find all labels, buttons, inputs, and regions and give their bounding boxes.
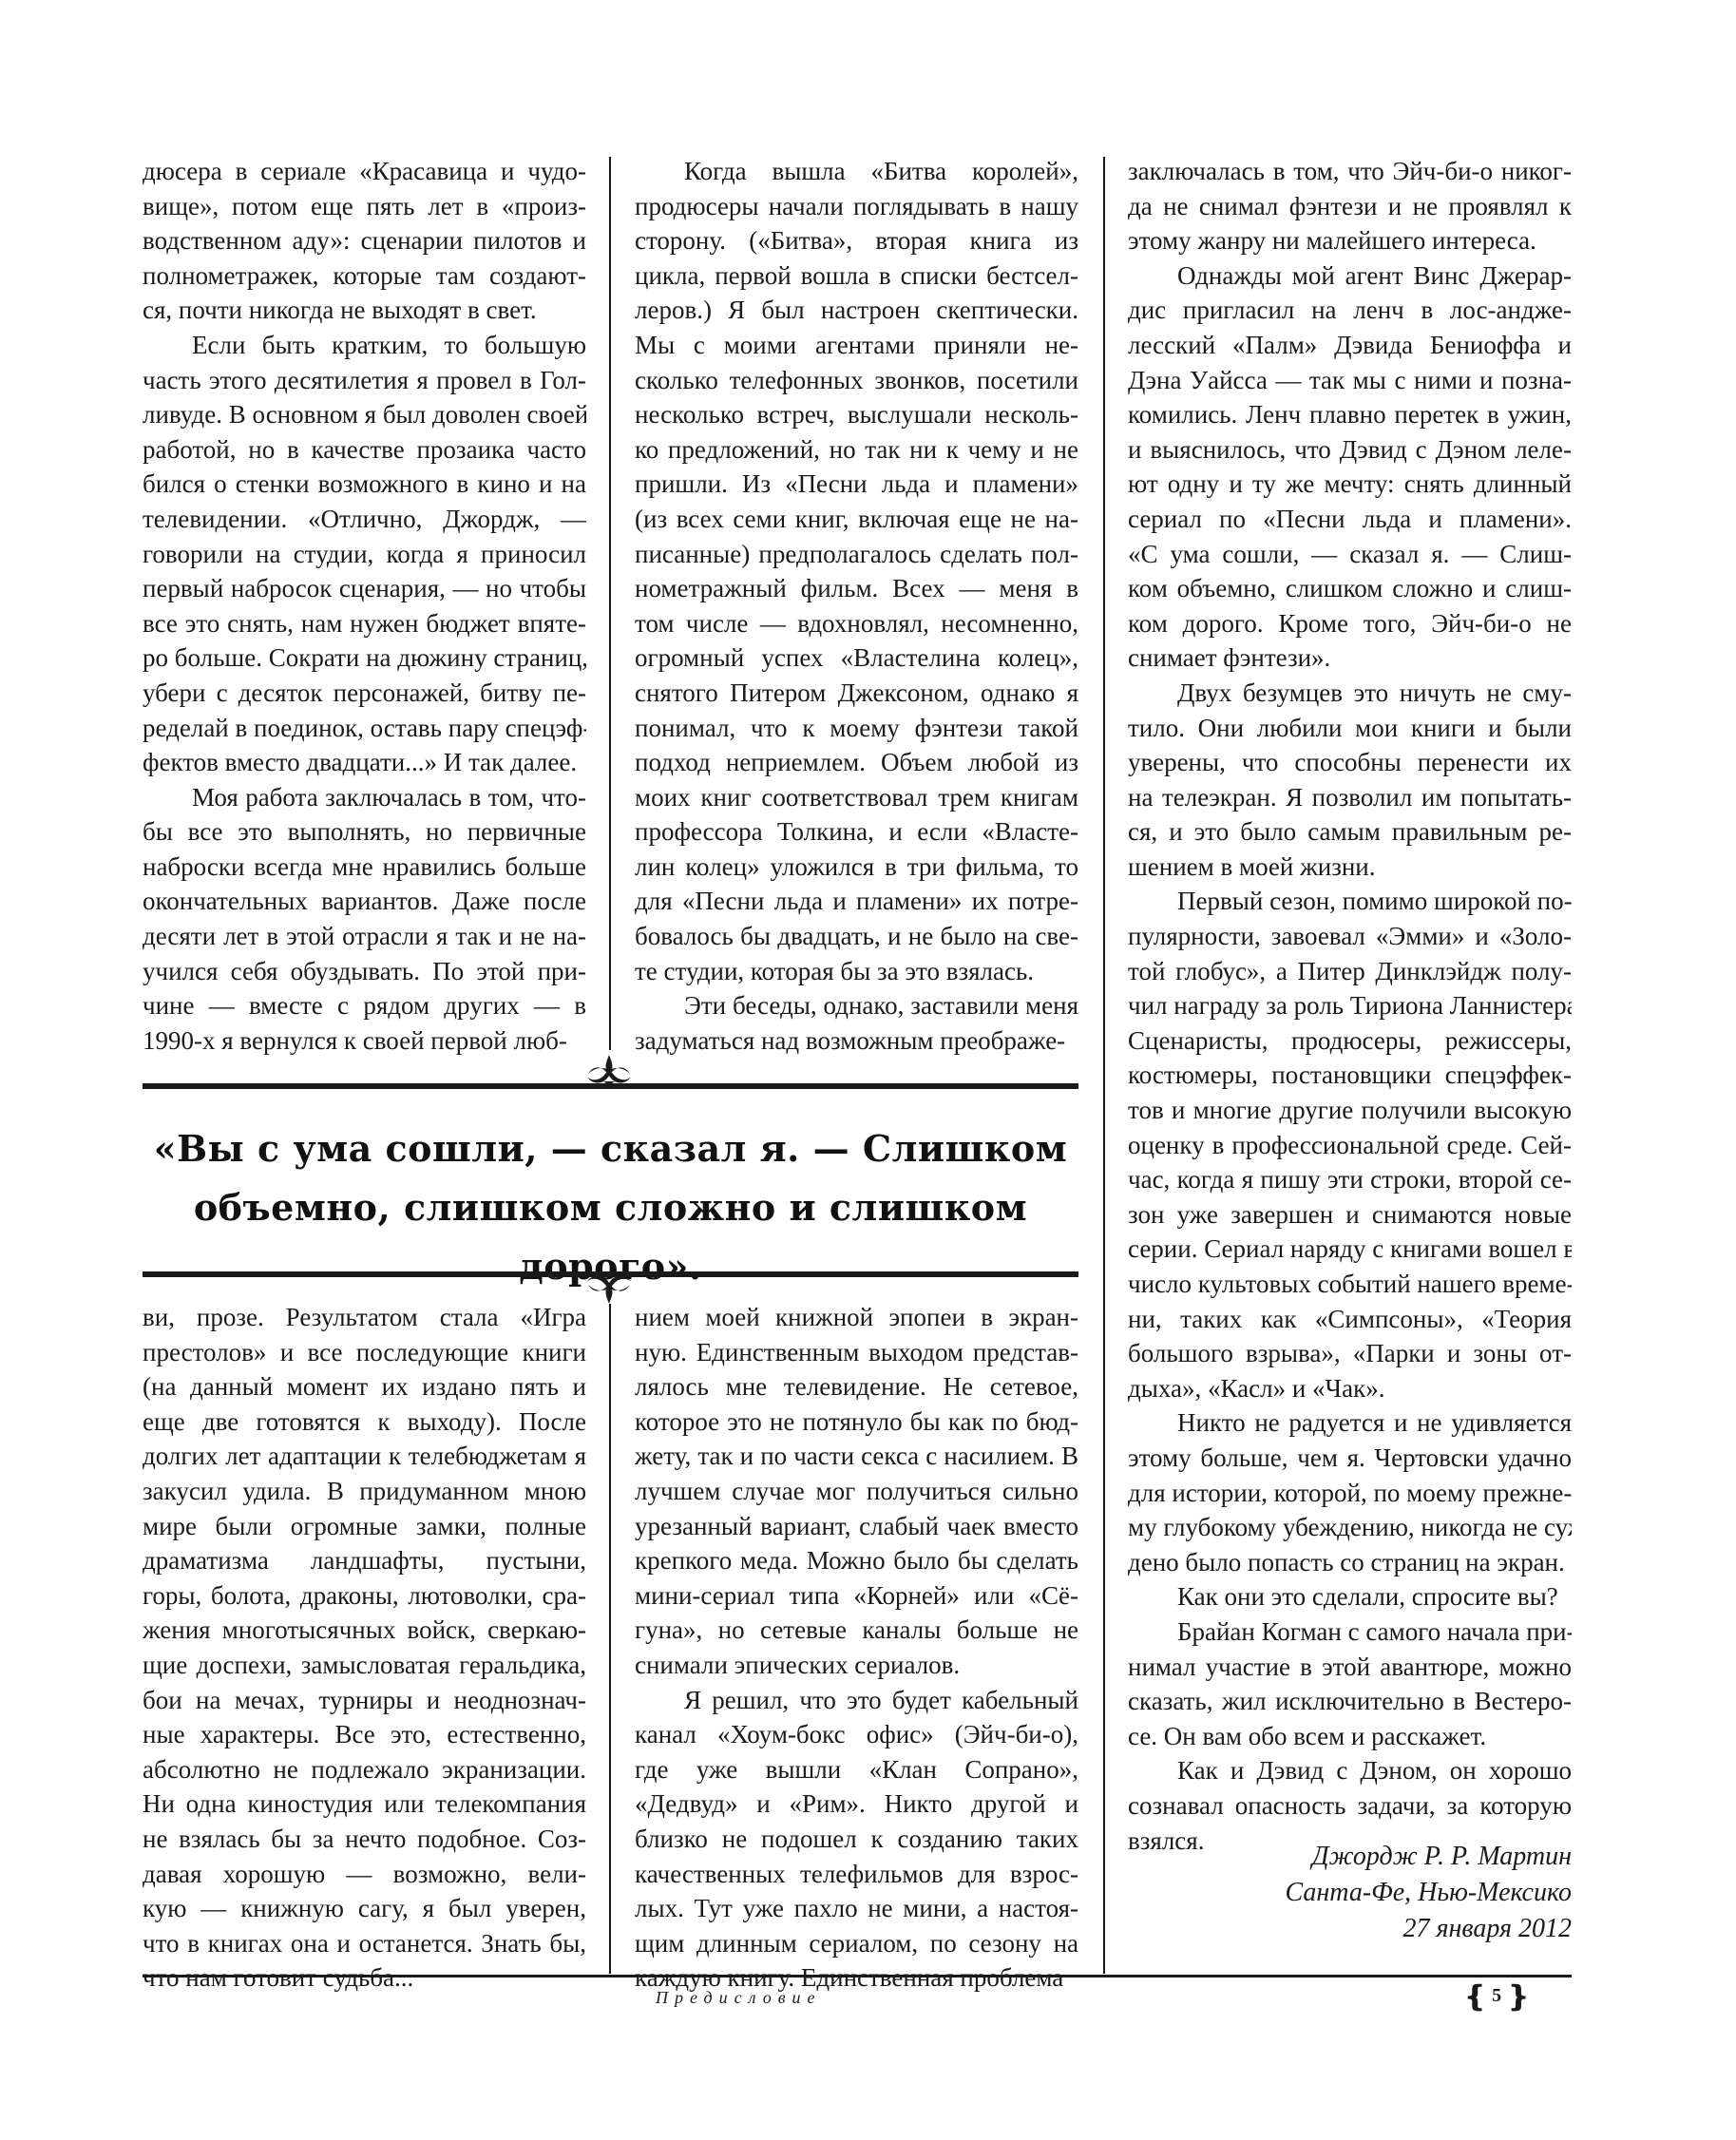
text-line: убери с десяток персонажей, битву пе- <box>143 676 586 711</box>
text-line: пулярности, завоевал «Эмми» и «Золо- <box>1128 919 1572 954</box>
text-line: лых. Тут уже пахло не мини, а настоя- <box>635 1891 1078 1926</box>
paragraph: ви, прозе. Результатом стала «Играпресто… <box>143 1300 586 1996</box>
text-line: мире были огромные замки, полные <box>143 1509 586 1544</box>
text-line: бовалось бы двадцать, и не было на све- <box>635 919 1078 954</box>
text-line: «Дедвуд» и «Рим». Никто другой и <box>635 1787 1078 1822</box>
paragraph: Я решил, что это будет кабельныйканал «Х… <box>635 1683 1078 1996</box>
text-line: ви, прозе. Результатом стала «Игра <box>143 1300 586 1335</box>
text-line: снимает фэнтези». <box>1128 640 1572 676</box>
text-line: престолов» и все последующие книги <box>143 1335 586 1370</box>
text-line: которое это не потянуло бы как по бюд- <box>635 1404 1078 1440</box>
text-line: тов и многие другие получили высокую <box>1128 1093 1572 1128</box>
page-number: ❴ 5 ❵ <box>1463 1980 1530 2014</box>
text-line: понимал, что к моему фэнтези такой <box>635 711 1078 746</box>
paragraph: Брайан Когман с самого начала при-нимал … <box>1128 1615 1572 1753</box>
text-line: урезанный вариант, слабый чаек вместо <box>635 1509 1078 1544</box>
text-line: чил награду за роль Тириона Ланнистера. <box>1128 988 1572 1023</box>
text-line: моих книг соответствовал трем книгам <box>635 780 1078 815</box>
text-line: сторону. («Битва», вторая книга из <box>635 223 1078 258</box>
page-number-value: 5 <box>1492 1985 1501 2006</box>
text-line: Как они это сделали, спросите вы? <box>1128 1579 1572 1615</box>
text-line: Если быть кратким, то большую <box>143 328 586 363</box>
text-line: наброски всегда мне нравились больше <box>143 850 586 885</box>
text-line: Я решил, что это будет кабельный <box>635 1683 1078 1718</box>
flourish-ornament-icon <box>581 1273 638 1306</box>
text-line: долгих лет адаптации к телебюджетам я <box>143 1439 586 1474</box>
text-line: телевидении. «Отлично, Джордж, — <box>143 502 586 537</box>
text-line: шением в моей жизни. <box>1128 850 1572 885</box>
signature-author: Джордж Р. Р. Мартин <box>1286 1839 1572 1875</box>
text-line: подход неприемлем. Объем любой из <box>635 745 1078 780</box>
paragraph: Как они это сделали, спросите вы? <box>1128 1579 1572 1615</box>
text-line: Когда вышла «Битва королей», <box>635 154 1078 189</box>
text-line: лин колец» уложился в три фильма, то <box>635 850 1078 885</box>
text-line: серии. Сериал наряду с книгами вошел в <box>1128 1232 1572 1267</box>
text-line: этому жанру ни малейшего интереса. <box>1128 223 1572 258</box>
text-line: Мы с моими агентами приняли не- <box>635 328 1078 363</box>
text-line: говорили на студии, когда я приносил <box>143 537 586 572</box>
text-line: час, когда я пишу эти строки, второй се- <box>1128 1162 1572 1197</box>
text-line: снятого Питером Джексоном, однако я <box>635 676 1078 711</box>
text-line: нием моей книжной эпопеи в экран- <box>635 1300 1078 1335</box>
text-line: этому больше, чем я. Чертовски удачно <box>1128 1441 1572 1476</box>
signature-date: 27 января 2012 <box>1286 1911 1572 1947</box>
text-line: сериал по «Песни льда и пламени». <box>1128 502 1572 537</box>
text-line: часть этого десятилетия я провел в Гол- <box>143 363 586 398</box>
text-line: качественных телефильмов для взрос- <box>635 1857 1078 1892</box>
text-line: что в книгах она и останется. Знать бы, <box>143 1926 586 1961</box>
text-line: задуматься над возможным преображе- <box>635 1023 1078 1059</box>
text-line: «С ума сошли, — сказал я. — Слиш- <box>1128 537 1572 572</box>
text-line: снимали эпических сериалов. <box>635 1648 1078 1683</box>
text-line: чине — вместе с рядом других — в <box>143 988 586 1023</box>
text-line: давая хорошую — возможно, вели- <box>143 1857 586 1892</box>
text-line: Брайан Когман с самого начала при- <box>1128 1615 1572 1650</box>
text-line: ро больше. Сократи на дюжину страниц, <box>143 640 586 676</box>
text-line: лесский «Палм» Дэвида Бениоффа и <box>1128 328 1572 363</box>
text-line: том числе — вдохновлял, несомненно, <box>635 606 1078 641</box>
text-line: да не снимал фэнтези и не проявлял к <box>1128 189 1572 224</box>
text-line: для истории, которой, по моему прежне- <box>1128 1476 1572 1511</box>
column-2-top-text: Когда вышла «Битва королей»,продюсеры на… <box>635 154 1078 1058</box>
text-line: и выяснилось, что Дэвид с Дэном леле- <box>1128 432 1572 468</box>
text-line: 1990-х я вернулся к своей первой люб- <box>143 1023 586 1059</box>
text-line: заключалась в том, что Эйч-би-о никог- <box>1128 154 1572 189</box>
paragraph: заключалась в том, что Эйч-би-о никог-да… <box>1128 154 1572 258</box>
text-line: десяти лет в этой отрасли я так и не на- <box>143 919 586 954</box>
text-line: сказать, жил исключительно в Вестеро- <box>1128 1684 1572 1719</box>
text-line: тило. Они любили мои книги и были <box>1128 711 1572 746</box>
text-line: ни, таких как «Симпсоны», «Теория <box>1128 1302 1572 1337</box>
paragraph: Двух безумцев это ничуть не сму-тило. Он… <box>1128 676 1572 885</box>
paragraph: Никто не радуется и не удивляетсяэтому б… <box>1128 1405 1572 1579</box>
paragraph: нием моей книжной эпопеи в экран-ную. Ед… <box>635 1300 1078 1683</box>
text-line: крепкого меда. Можно было бы сделать <box>635 1543 1078 1578</box>
paragraph: Первый сезон, помимо широкой по-пулярнос… <box>1128 884 1572 1405</box>
text-line: абсолютно не подлежало экранизации. <box>143 1752 586 1787</box>
text-line: се. Он вам обо всем и расскажет. <box>1128 1719 1572 1754</box>
text-line: дыха», «Касл» и «Чак». <box>1128 1371 1572 1406</box>
text-line: ределай в поединок, оставь пару спецэф- <box>143 711 586 746</box>
text-line: огромный успех «Властелина колец», <box>635 640 1078 676</box>
text-line: для «Песни льда и пламени» их потре- <box>635 884 1078 919</box>
text-line: ливуде. В основном я был доволен своей <box>143 397 586 432</box>
text-line: му глубокому убеждению, никогда не суж- <box>1128 1510 1572 1545</box>
text-line: полнометражек, которые там создают- <box>143 258 586 294</box>
text-line: те студии, которая бы за это взялась. <box>635 954 1078 989</box>
text-line: горы, болота, драконы, лютоволки, сра- <box>143 1578 586 1614</box>
text-line: что нам готовит судьба... <box>143 1960 586 1996</box>
text-line: канал «Хоум-бокс офис» (Эйч-би-о), <box>635 1717 1078 1752</box>
text-line: дено было попасть со страниц на экран. <box>1128 1545 1572 1580</box>
text-line: Как и Дэвид с Дэном, он хорошо <box>1128 1753 1572 1788</box>
text-line: продюсеры начали поглядывать в нашу <box>635 189 1078 224</box>
text-line: близко не подошел к созданию таких <box>635 1822 1078 1857</box>
text-line: оценку в профессиональной среде. Сей- <box>1128 1128 1572 1163</box>
text-line: учился себя обуздывать. По этой при- <box>143 954 586 989</box>
pull-quote-line-1: «Вы с ума сошли, — сказал я. — Слишком <box>143 1119 1078 1178</box>
text-line: Эти беседы, однако, заставили меня <box>635 988 1078 1023</box>
column-1-top-text: дюсера в сериале «Красавица и чудо-вище»… <box>143 154 586 1058</box>
text-line: ся, и это было самым правильным ре- <box>1128 814 1572 850</box>
text-line: жения многотысячных войск, сверкаю- <box>143 1613 586 1648</box>
text-line: зон уже завершен и снимаются новые <box>1128 1197 1572 1232</box>
paragraph: Когда вышла «Битва королей»,продюсеры на… <box>635 154 1078 988</box>
text-line: гуна», но сетевые каналы больше не <box>635 1613 1078 1648</box>
pull-quote: «Вы с ума сошли, — сказал я. — Слишком о… <box>143 1119 1078 1296</box>
paragraph: Эти беседы, однако, заставили менязадума… <box>635 988 1078 1058</box>
text-line: бои на мечах, турниры и неоднознач- <box>143 1683 586 1718</box>
text-line: костюмеры, постановщики спецэффек- <box>1128 1058 1572 1093</box>
column-2-bottom-text: нием моей книжной эпопеи в экран-ную. Ед… <box>635 1300 1078 1996</box>
text-line: число культовых событий нашего време- <box>1128 1267 1572 1302</box>
column-divider-2 <box>1103 157 1105 1974</box>
text-line: сознавал опасность задачи, за которую <box>1128 1788 1572 1824</box>
paragraph: дюсера в сериале «Красавица и чудо-вище»… <box>143 154 586 328</box>
column-1-bottom-text: ви, прозе. Результатом стала «Играпресто… <box>143 1300 586 1996</box>
text-line: Дэна Уайсса — так мы с ними и позна- <box>1128 363 1572 398</box>
text-line: не взялась бы за нечто подобное. Соз- <box>143 1822 586 1857</box>
text-line: на телеэкран. Я позволил им попытать- <box>1128 780 1572 815</box>
text-line: (из всех семи книг, включая еще не на- <box>635 502 1078 537</box>
text-line: той глобус», а Питер Динклэйдж полу- <box>1128 954 1572 989</box>
text-line: несколько встреч, выслушали несколь- <box>635 397 1078 432</box>
text-line: все это снять, нам нужен бюджет впяте- <box>143 606 586 641</box>
right-bracket-icon: ❵ <box>1506 1981 1530 2013</box>
text-line: сколько телефонных звонков, посетили <box>635 363 1078 398</box>
text-line: закусил удила. В придуманном мною <box>143 1474 586 1509</box>
text-line: писанные) предполагалось сделать пол- <box>635 537 1078 572</box>
text-line: Ни одна киностудия или телекомпания <box>143 1787 586 1822</box>
paragraph: Моя работа заключалась в том, что-бы все… <box>143 780 586 1059</box>
text-line: где уже вышли «Клан Сопрано», <box>635 1752 1078 1787</box>
text-line: леров.) Я был настроен скептически. <box>635 293 1078 328</box>
text-line: профессора Толкина, и если «Власте- <box>635 814 1078 850</box>
paragraph: Однажды мой агент Винс Джерар-дис пригла… <box>1128 258 1572 676</box>
text-line: дюсера в сериале «Красавица и чудо- <box>143 154 586 189</box>
text-line: ся, почти никогда не выходят в свет. <box>143 293 586 328</box>
text-line: уверены, что способны перенести их <box>1128 745 1572 780</box>
text-line: бы все это выполнять, но первичные <box>143 814 586 850</box>
text-line: вище», потом еще пять лет в «произ- <box>143 189 586 224</box>
text-line: Первый сезон, помимо широкой по- <box>1128 884 1572 919</box>
flourish-ornament-icon <box>581 1053 638 1085</box>
text-line: окончательных вариантов. Даже после <box>143 884 586 919</box>
text-line: лучшем случае мог получиться сильно <box>635 1474 1078 1509</box>
text-line: Никто не радуется и не удивляется <box>1128 1405 1572 1441</box>
text-line: фектов вместо двадцати...» И так далее. <box>143 745 586 780</box>
signature-place: Санта-Фе, Нью-Мексико <box>1286 1875 1572 1911</box>
text-line: ные характеры. Все это, естественно, <box>143 1717 586 1752</box>
text-line: бился о стенки возможного в кино и на <box>143 467 586 502</box>
paragraph: Если быть кратким, то большуючасть этого… <box>143 328 586 780</box>
text-line: щим длинным сериалом, по сезону на <box>635 1926 1078 1961</box>
text-line: пришли. Из «Песни льда и пламени» <box>635 467 1078 502</box>
text-line: водственном аду»: сценарии пилотов и <box>143 223 586 258</box>
text-line: (на данный момент их издано пять и <box>143 1369 586 1404</box>
text-line: кую — книжную сагу, я был уверен, <box>143 1891 586 1926</box>
column-3-text: заключалась в том, что Эйч-би-о никог-да… <box>1128 154 1572 1858</box>
text-line: Сценаристы, продюсеры, режиссеры, <box>1128 1023 1572 1059</box>
signature-block: Джордж Р. Р. Мартин Санта-Фе, Нью-Мексик… <box>1286 1839 1572 1947</box>
text-line: дис пригласил на ленч в лос-андже- <box>1128 293 1572 328</box>
text-line: ную. Единственным выходом представ- <box>635 1335 1078 1370</box>
text-line: жету, так и по части секса с насилием. В <box>635 1439 1078 1474</box>
text-line: комились. Ленч плавно перетек в ужин, <box>1128 397 1572 432</box>
text-line: работой, но в качестве прозаика часто <box>143 432 586 468</box>
text-line: мини-сериал типа «Корней» или «Сё- <box>635 1578 1078 1614</box>
text-line: лялось мне телевидение. Не сетевое, <box>635 1369 1078 1404</box>
text-line: ком объемно, слишком сложно и слиш- <box>1128 571 1572 606</box>
running-header: Предисловие <box>656 1988 822 2008</box>
text-line: первый набросок сценария, — но чтобы <box>143 571 586 606</box>
text-line: ют одну и ту же мечту: снять длинный <box>1128 467 1572 502</box>
text-line: ком дорого. Кроме того, Эйч-би-о не <box>1128 606 1572 641</box>
left-bracket-icon: ❴ <box>1463 1981 1487 2013</box>
text-line: ко предложений, но так ни к чему и не <box>635 432 1078 468</box>
text-line: большого взрыва», «Парки и зоны от- <box>1128 1336 1572 1371</box>
text-line: нимал участие в этой авантюре, можно <box>1128 1650 1572 1685</box>
text-line: Однажды мой агент Винс Джерар- <box>1128 258 1572 294</box>
text-line: цикла, первой вошла в списки бестсел- <box>635 258 1078 294</box>
text-line: еще две готовятся к выходу). После <box>143 1404 586 1440</box>
column-divider-1-bottom <box>609 1304 611 1974</box>
text-line: Двух безумцев это ничуть не сму- <box>1128 676 1572 711</box>
footer-rule <box>143 1975 1572 1978</box>
column-divider-1-top <box>609 157 611 1050</box>
text-line: Моя работа заключалась в том, что- <box>143 780 586 815</box>
text-line: щие доспехи, замысловатая геральдика, <box>143 1648 586 1683</box>
text-line: драматизма ландшафты, пустыни, <box>143 1543 586 1578</box>
text-line: нометражный фильм. Всех — меня в <box>635 571 1078 606</box>
